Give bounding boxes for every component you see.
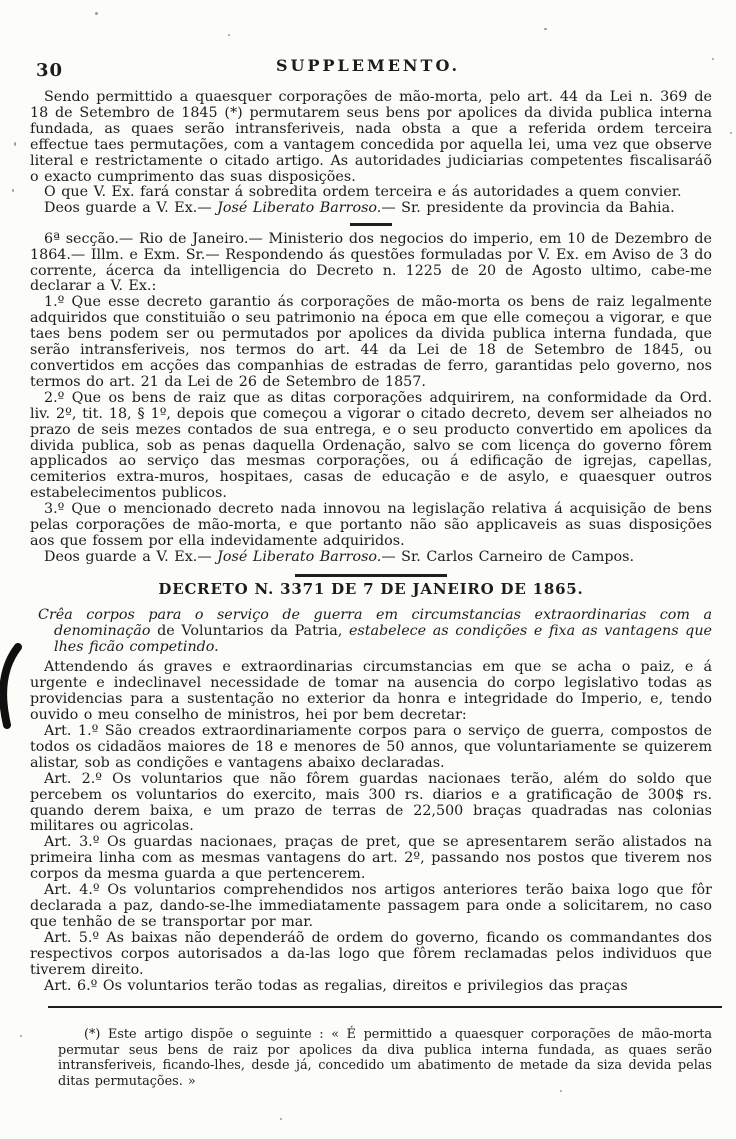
page-header: 30 SUPPLEMENTO.	[0, 52, 736, 82]
page-number: 30	[36, 60, 63, 81]
signoff-name: José Liberato Barroso.	[217, 549, 381, 565]
paragraph-item-2: 2.º Que os bens de raiz que as ditas cor…	[30, 391, 712, 502]
summary-part-2: de Voluntarios da Patria,	[157, 623, 349, 639]
ink-stain	[0, 641, 22, 737]
paragraph-art-2: Art. 2.º Os voluntarios que não fôrem gu…	[30, 772, 712, 836]
paragraph-art-4: Art. 4.º Os voluntarios comprehendidos n…	[30, 883, 712, 931]
paragraph-seccao: 6ª secção.— Rio de Janeiro.— Ministerio …	[30, 232, 712, 296]
signoff-campos: Deos guarde a V. Ex.— José Liberato Barr…	[30, 550, 712, 566]
document-page: 30 SUPPLEMENTO. Sendo permittido a quaes…	[0, 0, 736, 1139]
footnote-divider	[48, 1006, 722, 1008]
paragraph-item-1: 1.º Que esse decreto garantio ás corpora…	[30, 295, 712, 390]
paragraph-item-3: 3.º Que o mencionado decreto nada innovo…	[30, 502, 712, 550]
page-title: SUPPLEMENTO.	[0, 52, 736, 75]
paragraph-attendendo: Attendendo ás graves e extraordinarias c…	[30, 660, 712, 724]
paragraph-constar: O que V. Ex. fará constar á sobredita or…	[30, 185, 712, 201]
decree-divider	[295, 574, 447, 577]
signoff-bahia: Deos guarde a V. Ex.— José Liberato Barr…	[30, 201, 712, 217]
decree-summary: Crêa corpos para o serviço de guerra em …	[30, 608, 712, 656]
section-divider	[350, 223, 392, 226]
ink-stain-shape	[0, 641, 22, 737]
footnote-text: (*) Este artigo dispõe o seguinte : « É …	[58, 1027, 712, 1089]
signoff-prefix: Deos guarde a V. Ex.—	[44, 549, 217, 565]
paragraph-art-3: Art. 3.º Os guardas nacionaes, praças de…	[30, 835, 712, 883]
decree-heading: DECRETO N. 3371 DE 7 DE JANEIRO DE 1865.	[30, 582, 712, 598]
signoff-suffix: — Sr. Carlos Carneiro de Campos.	[381, 549, 634, 565]
paragraph-art-5: Art. 5.º As baixas não dependeráõ de ord…	[30, 931, 712, 979]
signoff-name: José Liberato Barroso.	[217, 200, 381, 216]
signoff-suffix: — Sr. presidente da provincia da Bahia.	[381, 200, 674, 216]
document-body: Sendo permittido a quaesquer corporações…	[30, 90, 712, 994]
signoff-prefix: Deos guarde a V. Ex.—	[44, 200, 217, 216]
paragraph-art-6: Art. 6.º Os voluntarios terão todas as r…	[30, 979, 712, 995]
paragraph-mao-morta: Sendo permittido a quaesquer corporações…	[30, 90, 712, 185]
footnote: (*) Este artigo dispõe o seguinte : « É …	[0, 1006, 736, 1089]
paragraph-art-1: Art. 1.º São creados extraordinariamente…	[30, 724, 712, 772]
